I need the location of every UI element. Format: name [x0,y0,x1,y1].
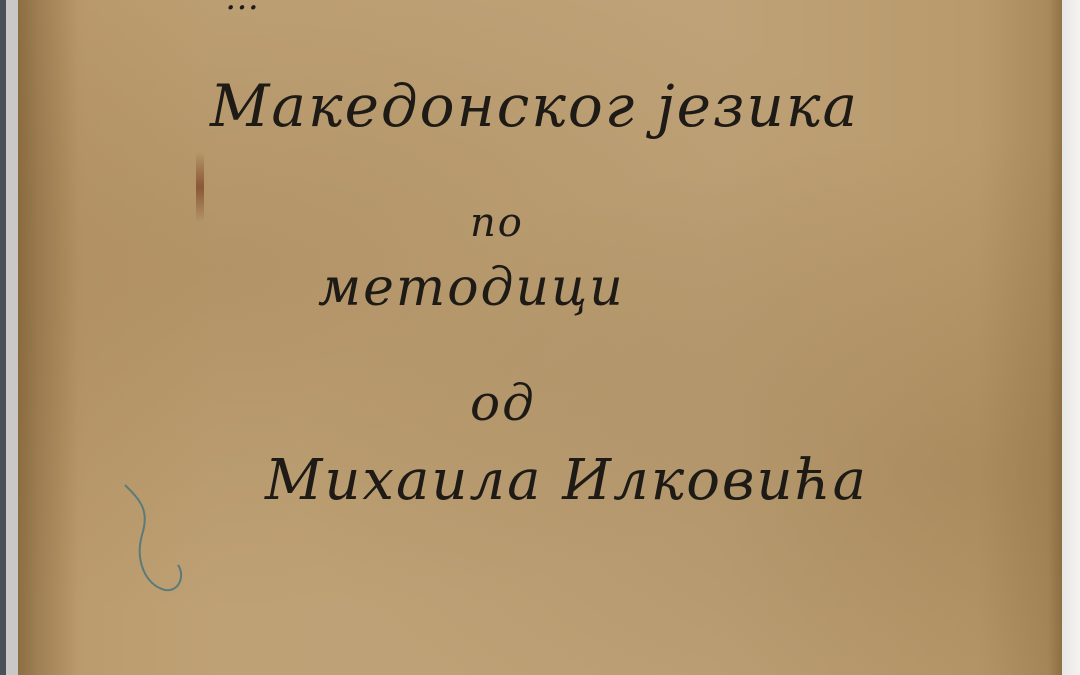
ink-stain [196,152,204,222]
handwritten-line-author: Михаила Илковића [265,448,868,513]
handwritten-line-top: … [225,0,261,18]
handwritten-line-title: Македонског језика [210,72,859,140]
scanner-gap [6,0,18,675]
handwritten-line-od: од [470,374,536,432]
handwritten-line-subject: методици [318,258,625,318]
paper-edge-right [1062,0,1080,675]
spine-shadow [18,0,78,675]
blue-ink-squiggle [120,480,200,610]
handwritten-line-po: по [470,200,524,246]
